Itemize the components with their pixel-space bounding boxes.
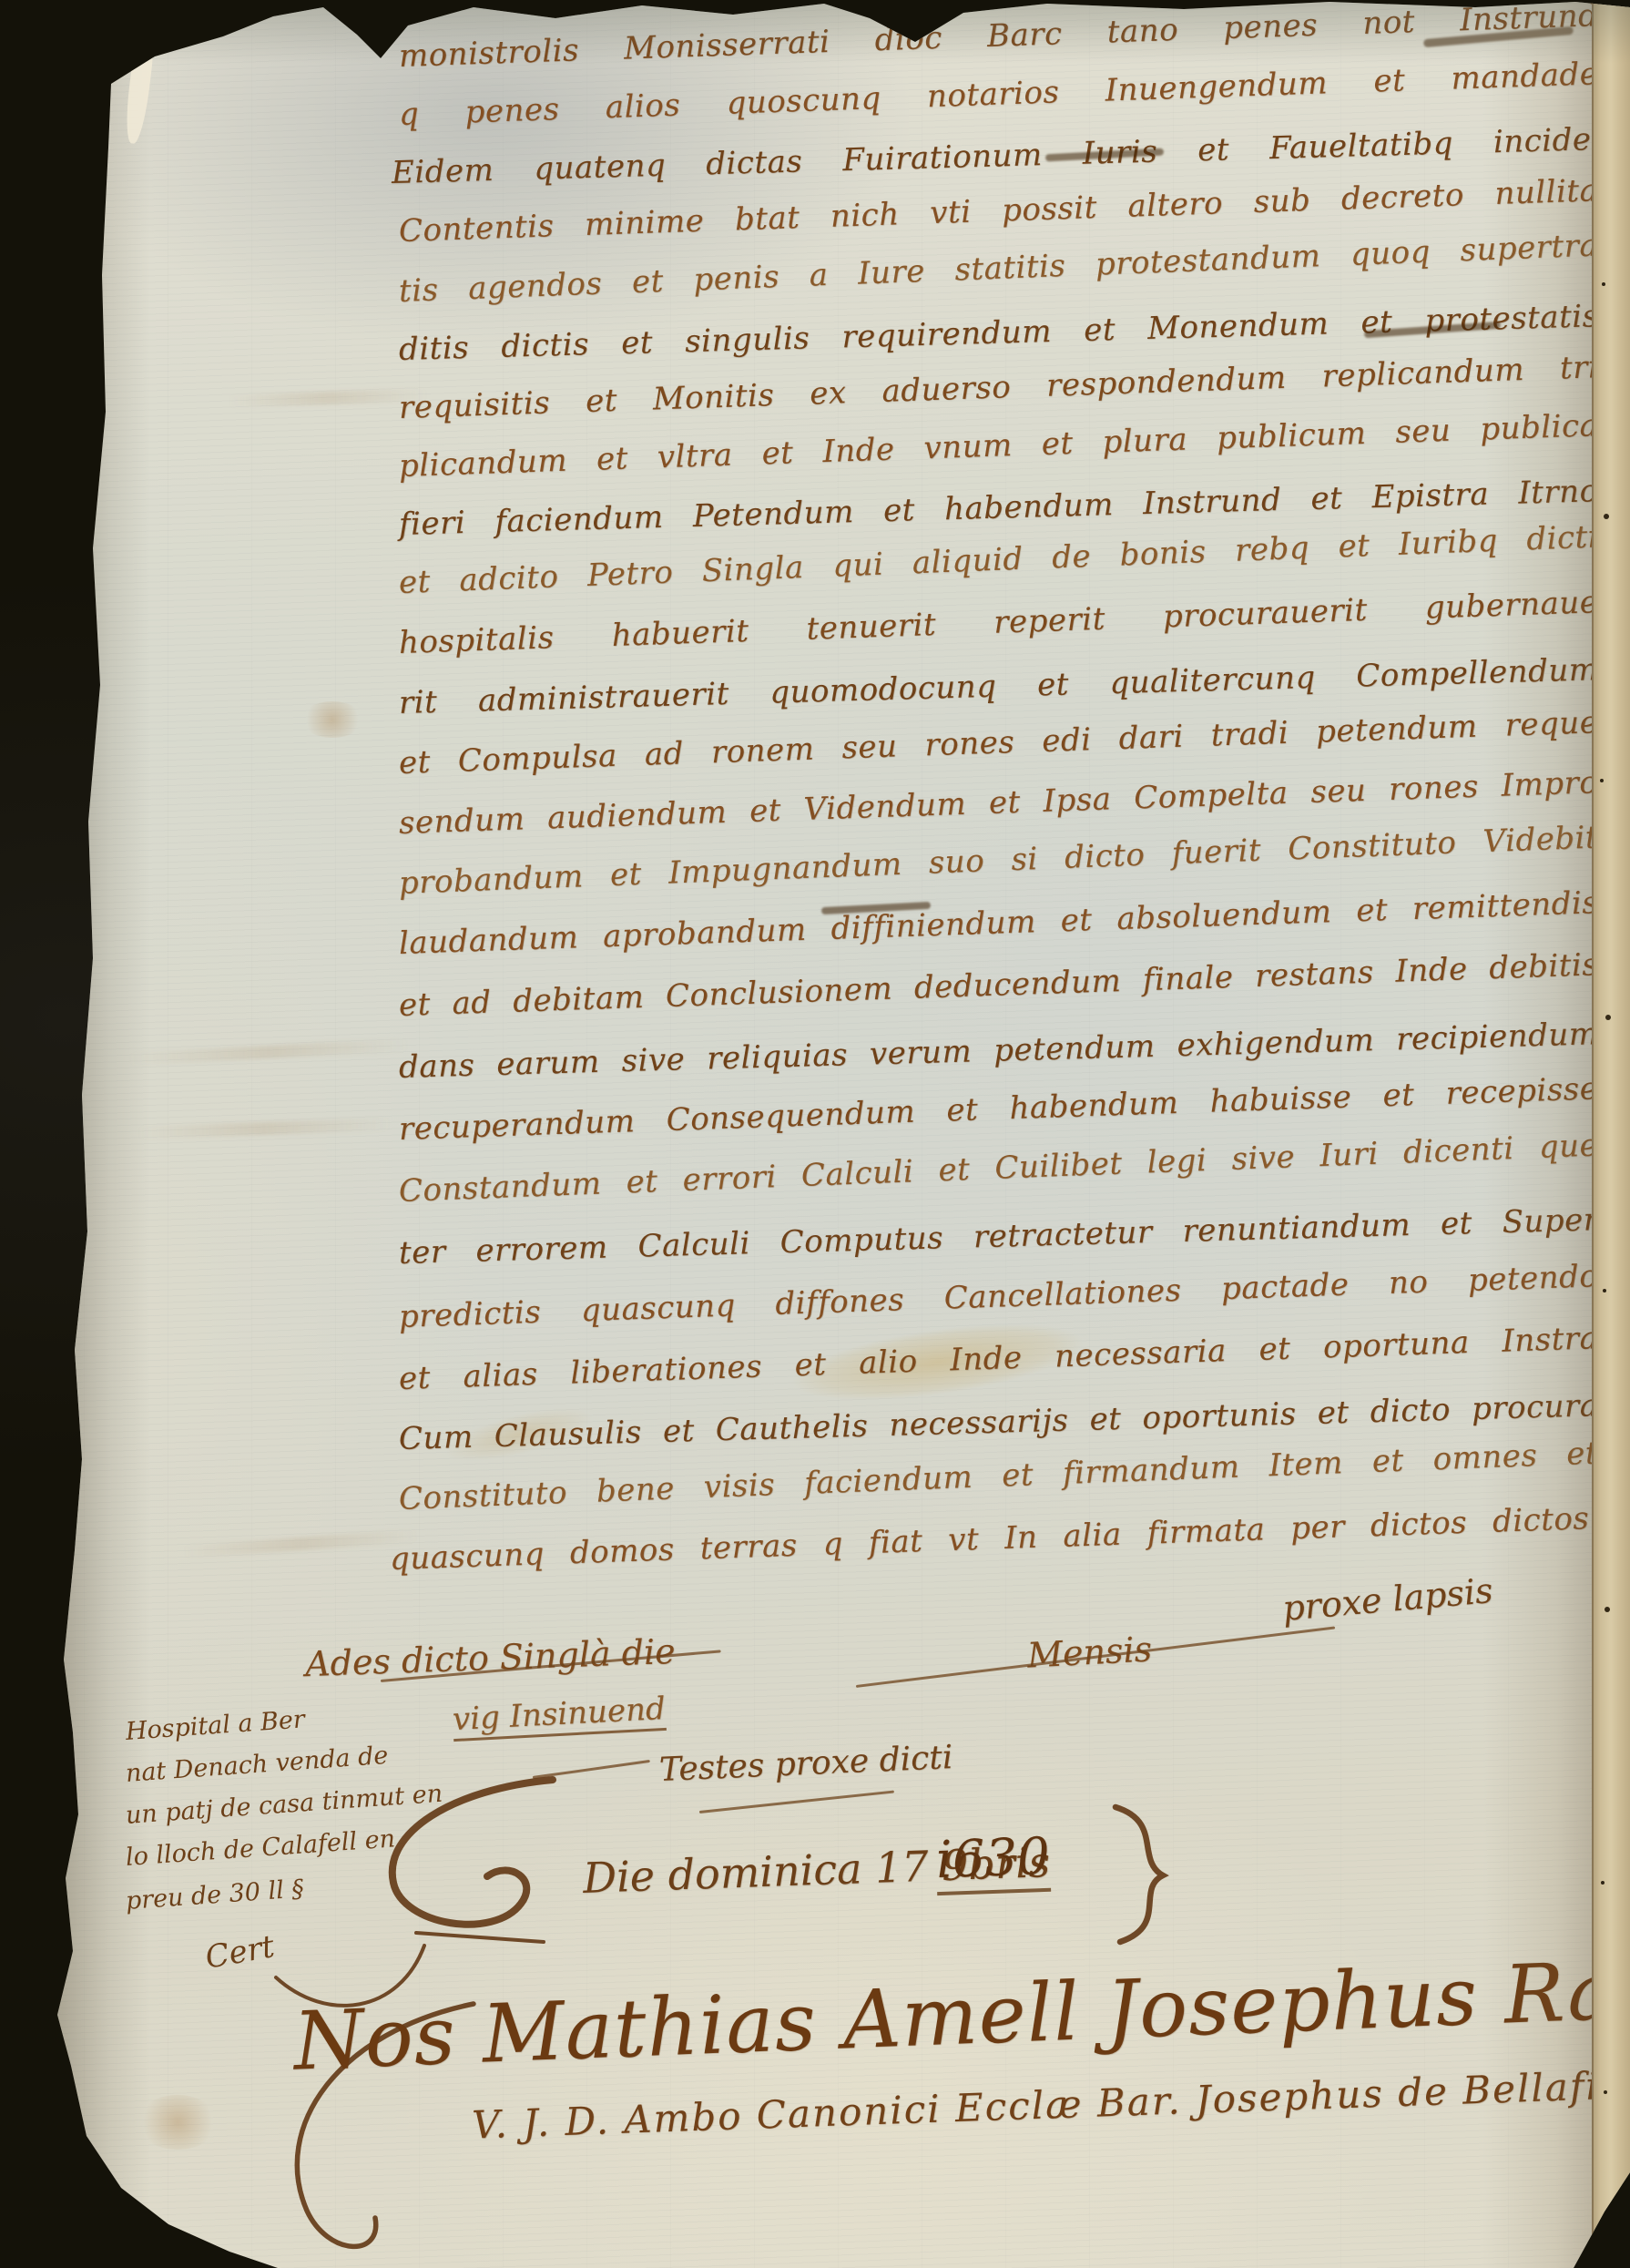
manuscript-line: dans earum sive reliquias verum petendum… [398,1016,1599,1086]
torn-edge-fiber [123,15,158,145]
fold-speckles [1602,282,1605,286]
manuscript-line: et ad debitam Conclusionem deducendum fi… [398,946,1599,1024]
margin-note-line: lo lloch de Calafell en [125,1824,396,1872]
pen-stroke [699,1791,894,1813]
foxing-spot [301,701,364,738]
manuscript-line: hospitalis habuerit tenuerit reperit pro… [398,584,1599,661]
paper-sheet: monistrolis Monisserrati dioc Barc tano … [0,0,1630,2268]
signature-primary: Nos Mathias Amell Josephus Ramon [292,1936,1630,2088]
cert-swash-flourish-icon [262,1927,435,2037]
margin-note-line: preu de 30 ll § [125,1875,305,1916]
margin-note-line: nat Denach venda de [125,1742,389,1788]
page-fold-edge [1592,0,1630,2250]
bleedthrough-mark [182,1529,419,1558]
insinuatum-note: vig Insinuend [452,1691,667,1742]
manuscript-line: ter errorem Calculi Computus retractetur… [398,1201,1599,1272]
foxing-spot [137,2095,219,2150]
closing-line-right: proxe lapsis [1281,1570,1495,1629]
closing-brace-flourish-icon [1097,1796,1197,1956]
manuscript-line: monistrolis Monisserrati dioc Barc tano … [398,0,1599,75]
bleedthrough-mark [127,1038,410,1066]
ink-accent [1423,26,1574,47]
bleedthrough-mark [137,1118,392,1139]
witnesses-note: Testes proxe dicti [658,1739,953,1789]
manuscript-line: laudandum aprobandum diffiniendum et abs… [398,884,1599,962]
manuscript-scan: monistrolis Monisserrati dioc Barc tano … [0,0,1630,2268]
manuscript-line: quascunq domos terras q fiat vt In alia … [389,1500,1590,1578]
date-year: i630 [935,1827,1051,1895]
page-curl-shadow [1482,0,1595,2268]
margin-note-line: Hospital a Ber [125,1705,306,1746]
